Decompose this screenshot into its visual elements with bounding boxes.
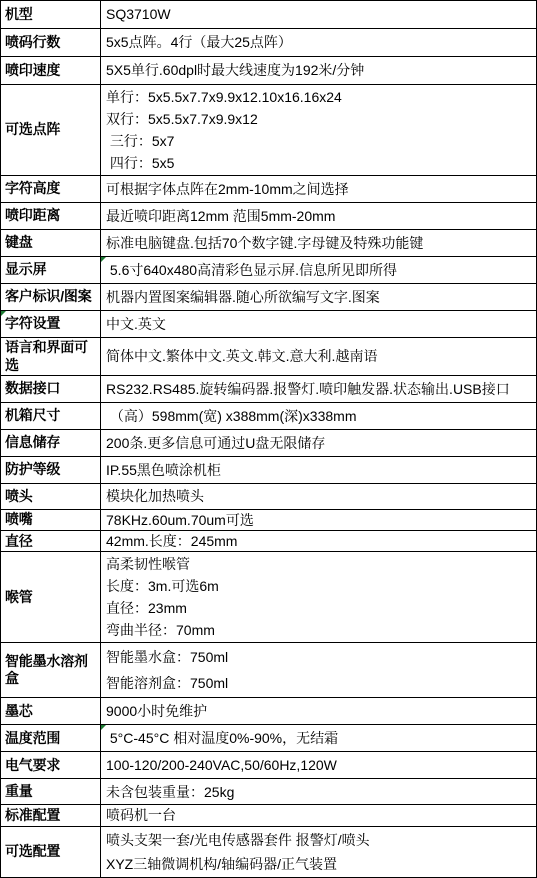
spec-value-cell: 5.6寸640x480高清彩色显示屏.信息所见即所得	[101, 257, 537, 284]
spec-label: 重量	[5, 783, 33, 799]
spec-value-cell: 中文.英文	[101, 311, 537, 338]
spec-value-line: 9000小时免维护	[106, 702, 534, 720]
spec-value-line: 高柔韧性喉管	[106, 553, 534, 575]
spec-label: 字符高度	[5, 180, 60, 196]
spec-value-cell: 机器内置图案编辑器.随心所欲编写文字.图案	[101, 284, 537, 311]
spec-label-cell: 可选配置	[1, 826, 101, 877]
spec-value-cell: 单行：5x5.5x7.7x9.9x12.10x16.16x24双行：5x5.5x…	[101, 85, 537, 176]
spec-label-cell: 标准配置	[1, 805, 101, 826]
table-row: 数据接口RS232.RS485.旋转编码器.报警灯.喷印触发器.状态输出.USB…	[1, 376, 537, 403]
spec-label-cell: 喷码行数	[1, 29, 101, 57]
spec-value-line: SQ3710W	[106, 5, 534, 23]
spec-label-cell: 防护等级	[1, 457, 101, 484]
spec-value-cell: RS232.RS485.旋转编码器.报警灯.喷印触发器.状态输出.USB接口	[101, 376, 537, 403]
spec-value-line: 智能溶剂盒：750ml	[106, 670, 534, 696]
spec-table: 机型SQ3710W喷码行数5x5点阵。4行（最大25点阵）喷印速度5X5单行.6…	[0, 0, 537, 878]
table-row: 标准配置喷码机一台	[1, 805, 537, 826]
spec-label: 喷码行数	[5, 34, 60, 50]
spec-value-line: 模块化加热喷头	[106, 487, 534, 505]
spec-label-cell: 喷嘴	[1, 510, 101, 531]
table-row: 喷印速度5X5单行.60dpl时最大线速度为192米/分钟	[1, 57, 537, 85]
table-row: 电气要求100-120/200-240VAC,50/60Hz,120W	[1, 752, 537, 779]
spec-value-line: 最近喷印距离12mm 范围5mm-20mm	[106, 207, 534, 225]
spec-label: 电气要求	[5, 757, 60, 773]
spec-label: 字符设置	[5, 315, 60, 331]
table-row: 可选点阵单行：5x5.5x7.7x9.9x12.10x16.16x24双行：5x…	[1, 85, 537, 176]
table-row: 语言和界面可选简体中文.繁体中文.英文.韩文.意大利.越南语	[1, 338, 537, 376]
spec-value-line: IP.55黑色喷涂机柜	[106, 461, 534, 479]
spec-label-cell: 信息储存	[1, 430, 101, 457]
spec-value-cell: 200条.更多信息可通过U盘无限储存	[101, 430, 537, 457]
spec-value-line: 机器内置图案编辑器.随心所欲编写文字.图案	[106, 288, 534, 306]
spec-label: 机箱尺寸	[5, 407, 60, 423]
spec-label: 喷印速度	[5, 62, 60, 78]
table-row: 喷嘴78KHz.60um.70um可选	[1, 510, 537, 531]
spec-label-cell: 字符高度	[1, 176, 101, 203]
spec-table-body: 机型SQ3710W喷码行数5x5点阵。4行（最大25点阵）喷印速度5X5单行.6…	[1, 1, 537, 878]
spec-value-cell: 简体中文.繁体中文.英文.韩文.意大利.越南语	[101, 338, 537, 376]
spec-value-line: 5X5单行.60dpl时最大线速度为192米/分钟	[106, 61, 534, 79]
spec-label: 数据接口	[5, 380, 60, 396]
table-row: 喉管高柔韧性喉管长度：3m.可选6m直径：23mm弯曲半径：70mm	[1, 552, 537, 643]
spec-label: 键盘	[5, 234, 33, 250]
table-row: 智能墨水溶剂盒智能墨水盒：750ml智能溶剂盒：750ml	[1, 643, 537, 698]
spec-value-cell: 未含包装重量：25kg	[101, 779, 537, 805]
spec-value-cell: 最近喷印距离12mm 范围5mm-20mm	[101, 203, 537, 230]
table-row: 字符设置中文.英文	[1, 311, 537, 338]
table-row: 机型SQ3710W	[1, 1, 537, 29]
spec-label: 智能墨水溶剂盒	[5, 653, 88, 687]
spec-label-cell: 客户标识/图案	[1, 284, 101, 311]
spec-value-line: 双行：5x5.5x7.7x9.9x12	[106, 108, 534, 130]
spec-value-cell: 可根据字体点阵在2mm-10mm之间选择	[101, 176, 537, 203]
spec-label-cell: 喷头	[1, 484, 101, 510]
table-row: 字符高度可根据字体点阵在2mm-10mm之间选择	[1, 176, 537, 203]
spec-value-line: 喷头支架一套/光电传感器套件 报警灯/喷头	[106, 828, 534, 852]
spec-value-cell: （高）598mm(宽) x388mm(深)x338mm	[101, 403, 537, 430]
spec-label: 可选配置	[5, 843, 60, 859]
spec-value-line: RS232.RS485.旋转编码器.报警灯.喷印触发器.状态输出.USB接口	[106, 380, 534, 398]
spec-label-cell: 数据接口	[1, 376, 101, 403]
spec-label-cell: 机型	[1, 1, 101, 29]
spec-label-cell: 电气要求	[1, 752, 101, 779]
spec-value-line: 简体中文.繁体中文.英文.韩文.意大利.越南语	[106, 347, 534, 365]
table-row: 温度范围 5°C-45°C 相对温度0%-90%，无结霜	[1, 725, 537, 752]
spec-value-line: 中文.英文	[106, 315, 534, 333]
spec-label-cell: 喷印速度	[1, 57, 101, 85]
cell-flag-green-triangle-icon	[101, 257, 106, 262]
spec-value-line: 5°C-45°C 相对温度0%-90%，无结霜	[106, 729, 534, 747]
table-row: 键盘标准电脑键盘.包括70个数字键.字母键及特殊功能键	[1, 230, 537, 257]
spec-value-cell: 喷头支架一套/光电传感器套件 报警灯/喷头XYZ三轴微调机构/轴编码器/正气装置	[101, 826, 537, 877]
spec-label: 喷嘴	[5, 511, 33, 527]
spec-label: 显示屏	[5, 261, 46, 277]
table-row: 客户标识/图案机器内置图案编辑器.随心所欲编写文字.图案	[1, 284, 537, 311]
spec-value-cell: 42mm.长度：245mm	[101, 531, 537, 552]
spec-value-line: 喷码机一台	[106, 806, 534, 824]
spec-label: 喉管	[5, 589, 33, 605]
spec-label-cell: 喷印距离	[1, 203, 101, 230]
spec-value-line: 100-120/200-240VAC,50/60Hz,120W	[106, 756, 534, 774]
spec-label-cell: 可选点阵	[1, 85, 101, 176]
spec-value-line: 弯曲半径：70mm	[106, 619, 534, 641]
table-row: 可选配置喷头支架一套/光电传感器套件 报警灯/喷头XYZ三轴微调机构/轴编码器/…	[1, 826, 537, 877]
spec-label: 信息储存	[5, 434, 60, 450]
spec-value-cell: 智能墨水盒：750ml智能溶剂盒：750ml	[101, 643, 537, 698]
spec-value-line: 四行：5x5	[106, 152, 534, 174]
table-row: 喷头模块化加热喷头	[1, 484, 537, 510]
spec-value-cell: 喷码机一台	[101, 805, 537, 826]
spec-value-line: 42mm.长度：245mm	[106, 532, 534, 550]
spec-label-cell: 显示屏	[1, 257, 101, 284]
spec-label: 墨芯	[5, 703, 33, 719]
spec-value-cell: 高柔韧性喉管长度：3m.可选6m直径：23mm弯曲半径：70mm	[101, 552, 537, 643]
spec-value-line: 三行：5x7	[106, 130, 534, 152]
spec-value-cell: 5°C-45°C 相对温度0%-90%，无结霜	[101, 725, 537, 752]
spec-label-cell: 键盘	[1, 230, 101, 257]
spec-value-cell: 模块化加热喷头	[101, 484, 537, 510]
spec-label: 语言和界面可选	[5, 339, 88, 373]
spec-label-cell: 机箱尺寸	[1, 403, 101, 430]
spec-label-cell: 字符设置	[1, 311, 101, 338]
table-row: 防护等级IP.55黑色喷涂机柜	[1, 457, 537, 484]
spec-value-cell: 9000小时免维护	[101, 698, 537, 725]
spec-value-line: 可根据字体点阵在2mm-10mm之间选择	[106, 180, 534, 198]
spec-value-line: 单行：5x5.5x7.7x9.9x12.10x16.16x24	[106, 86, 534, 108]
spec-label-cell: 温度范围	[1, 725, 101, 752]
spec-value-cell: SQ3710W	[101, 1, 537, 29]
table-row: 墨芯9000小时免维护	[1, 698, 537, 725]
spec-value-line: 长度：3m.可选6m	[106, 575, 534, 597]
spec-value-line: 5.6寸640x480高清彩色显示屏.信息所见即所得	[106, 261, 534, 279]
spec-label-cell: 直径	[1, 531, 101, 552]
spec-value-line: 78KHz.60um.70um可选	[106, 511, 534, 529]
cell-flag-green-triangle-icon	[1, 311, 6, 316]
spec-value-cell: 5x5点阵。4行（最大25点阵）	[101, 29, 537, 57]
table-row: 直径42mm.长度：245mm	[1, 531, 537, 552]
spec-value-line: 未含包装重量：25kg	[106, 783, 534, 801]
spec-value-line: XYZ三轴微调机构/轴编码器/正气装置	[106, 852, 534, 876]
spec-label-cell: 墨芯	[1, 698, 101, 725]
spec-label: 直径	[5, 533, 33, 549]
table-row: 机箱尺寸 （高）598mm(宽) x388mm(深)x338mm	[1, 403, 537, 430]
spec-label: 喷印距离	[5, 207, 60, 223]
spec-value-line: （高）598mm(宽) x388mm(深)x338mm	[106, 407, 534, 425]
spec-value-line: 5x5点阵。4行（最大25点阵）	[106, 33, 534, 51]
spec-value-cell: 标准电脑键盘.包括70个数字键.字母键及特殊功能键	[101, 230, 537, 257]
spec-value-line: 200条.更多信息可通过U盘无限储存	[106, 434, 534, 452]
spec-label: 喷头	[5, 488, 33, 504]
spec-label-cell: 重量	[1, 779, 101, 805]
spec-value-cell: 78KHz.60um.70um可选	[101, 510, 537, 531]
table-row: 重量未含包装重量：25kg	[1, 779, 537, 805]
spec-label: 机型	[5, 6, 33, 22]
cell-flag-green-triangle-icon	[101, 725, 106, 730]
spec-value-line: 标准电脑键盘.包括70个数字键.字母键及特殊功能键	[106, 234, 534, 252]
table-row: 信息储存200条.更多信息可通过U盘无限储存	[1, 430, 537, 457]
spec-label: 客户标识/图案	[5, 288, 92, 304]
spec-label-cell: 语言和界面可选	[1, 338, 101, 376]
spec-label-cell: 喉管	[1, 552, 101, 643]
table-row: 显示屏 5.6寸640x480高清彩色显示屏.信息所见即所得	[1, 257, 537, 284]
spec-value-line: 直径：23mm	[106, 597, 534, 619]
spec-label: 温度范围	[5, 730, 60, 746]
spec-label: 标准配置	[5, 807, 60, 823]
spec-value-line: 智能墨水盒：750ml	[106, 644, 534, 670]
spec-label: 可选点阵	[5, 121, 60, 137]
spec-value-cell: IP.55黑色喷涂机柜	[101, 457, 537, 484]
table-row: 喷印距离最近喷印距离12mm 范围5mm-20mm	[1, 203, 537, 230]
table-row: 喷码行数5x5点阵。4行（最大25点阵）	[1, 29, 537, 57]
spec-value-cell: 5X5单行.60dpl时最大线速度为192米/分钟	[101, 57, 537, 85]
spec-label: 防护等级	[5, 461, 60, 477]
spec-label-cell: 智能墨水溶剂盒	[1, 643, 101, 698]
spec-value-cell: 100-120/200-240VAC,50/60Hz,120W	[101, 752, 537, 779]
